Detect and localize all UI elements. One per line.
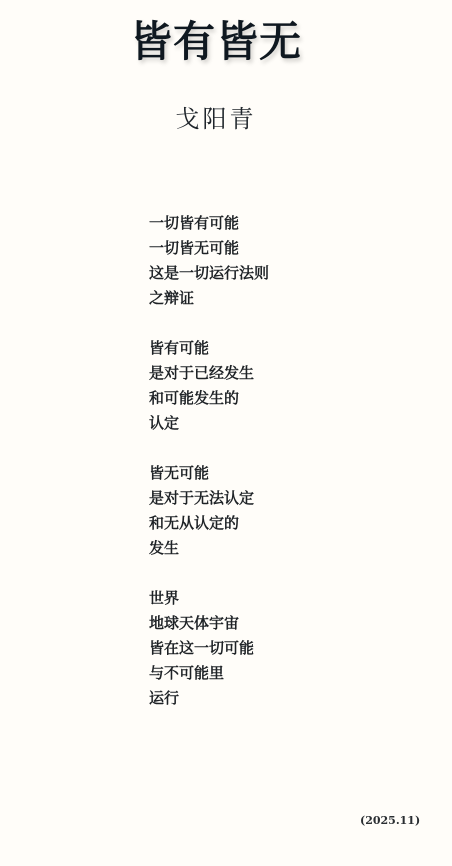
poem-line: 皆在这一切可能 [149,636,269,661]
poem-line: 和可能发生的 [149,386,269,411]
poem-line: 认定 [149,411,269,436]
poem-line: 一切皆有可能 [149,211,269,236]
poem-body: 一切皆有可能 一切皆无可能 这是一切运行法则 之辩证 皆有可能 是对于已经发生 … [149,211,269,736]
poem-line: 皆无可能 [149,461,269,486]
author-name: 戈阳青 [0,102,432,136]
poem-line: 和无从认定的 [149,511,269,536]
poem-line: 发生 [149,536,269,561]
stanza-3: 皆无可能 是对于无法认定 和无从认定的 发生 [149,461,269,561]
poem-line: 地球天体宇宙 [149,611,269,636]
poem-line: 这是一切运行法则 [149,261,269,286]
poem-line: 世界 [149,586,269,611]
stanza-1: 一切皆有可能 一切皆无可能 这是一切运行法则 之辩证 [149,211,269,311]
poem-line: 之辩证 [149,286,269,311]
poem-line: 是对于无法认定 [149,486,269,511]
poem-line: 是对于已经发生 [149,361,269,386]
poem-line: 运行 [149,686,269,711]
poem-title: 皆有皆无 [0,14,432,70]
poem-line: 皆有可能 [149,336,269,361]
poem-line: 与不可能里 [149,661,269,686]
poem-date: (2025.11) [360,814,420,827]
stanza-4: 世界 地球天体宇宙 皆在这一切可能 与不可能里 运行 [149,586,269,711]
poem-line: 一切皆无可能 [149,236,269,261]
stanza-2: 皆有可能 是对于已经发生 和可能发生的 认定 [149,336,269,436]
